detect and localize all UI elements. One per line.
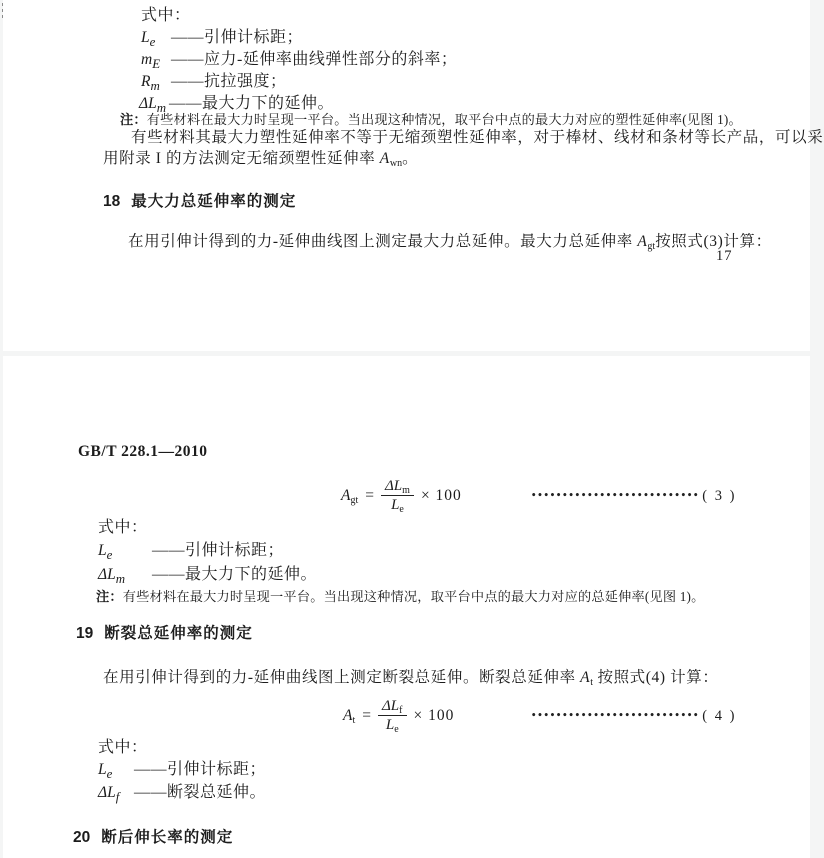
paragraph-text: 在用引伸计得到的力-延伸曲线图上测定最大力总延伸。最大力总延伸率	[128, 233, 637, 250]
section-title: 断后伸长率的测定	[101, 828, 233, 847]
symbol-definition-row: Le ——引伸计标距；	[98, 760, 266, 782]
document-header: GB/T 228.1—2010	[78, 442, 208, 461]
multiplier: × 100	[421, 486, 462, 505]
symbol-description: ——引伸计标距；	[134, 760, 266, 780]
paragraph-text: 按照式(3)计算：	[655, 233, 771, 250]
multiplier: × 100	[414, 706, 455, 725]
formula-lhs: Agt	[341, 486, 358, 505]
symbol-description: ——引伸计标距；	[152, 541, 284, 561]
symbol: Le	[141, 28, 171, 50]
section-title: 最大力总延伸率的测定	[131, 192, 296, 211]
symbol: Rm	[141, 72, 171, 94]
dot-leader: •••••••••••••••••••••••••••	[531, 491, 699, 502]
formula-intro-label: 式中：	[98, 738, 148, 758]
symbol-description: ——应力-延伸率曲线弹性部分的斜率；	[171, 50, 457, 70]
symbol-awn: Awn	[380, 150, 402, 167]
symbol-description: ——抗拉强度；	[171, 72, 287, 92]
section-heading-20: 20 断后伸长率的测定	[73, 828, 233, 847]
symbol-definition-row: mE ——应力-延伸率曲线弹性部分的斜率；	[141, 50, 457, 72]
body-paragraph-line: 有些材料其最大力塑性延伸率不等于无缩颈塑性延伸率，对于棒材、线材和条材等长产品，…	[131, 128, 823, 147]
symbol-description: ——引伸计标距；	[171, 28, 303, 48]
section-number: 18	[103, 192, 120, 211]
fraction-numerator: ΔLm	[381, 478, 414, 496]
note-label: 注：	[120, 112, 147, 127]
section-title: 断裂总延伸率的测定	[104, 624, 253, 643]
equals-sign: =	[365, 486, 374, 505]
symbol-agt: Agt	[637, 233, 655, 250]
note-paragraph: 注：有些材料在最大力时呈现一平台。当出现这种情况，取平台中点的最大力对应的总延伸…	[96, 589, 705, 606]
section-heading-18: 18 最大力总延伸率的测定	[103, 192, 296, 211]
section-number: 20	[73, 828, 90, 847]
note-paragraph: 注：有些材料在最大力时呈现一平台。当出现这种情况，取平台中点的最大力对应的塑性延…	[120, 112, 742, 129]
symbol: Le	[98, 760, 134, 782]
symbol-description: ——断裂总延伸。	[134, 783, 266, 803]
symbol-definition-row: ΔLf ——断裂总延伸。	[98, 783, 266, 805]
symbol-description: ——最大力下的延伸。	[152, 565, 317, 585]
fraction: ΔLm Le	[381, 478, 414, 513]
symbol-definition-row: Le ——引伸计标距；	[141, 28, 303, 50]
note-label: 注：	[96, 589, 123, 604]
paragraph-text: 在用引伸计得到的力-延伸曲线图上测定断裂总延伸。断裂总延伸率	[103, 669, 580, 686]
page-18: GB/T 228.1—2010 Agt = ΔLm Le × 100 •••••…	[3, 356, 810, 858]
paragraph-text: 按照式(4) 计算：	[593, 669, 718, 686]
equals-sign: =	[362, 706, 371, 725]
symbol-description: ——最大力下的延伸。	[169, 94, 334, 114]
body-paragraph-line: 在用引伸计得到的力-延伸曲线图上测定断裂总延伸。断裂总延伸率 At 按照式(4)…	[103, 668, 718, 687]
formula-3-leader: ••••••••••••••••••••••••••• ( 3 )	[531, 487, 736, 505]
formula-intro-label: 式中：	[98, 518, 148, 538]
dot-leader: •••••••••••••••••••••••••••	[531, 711, 699, 722]
formula-intro-label: 式中：	[141, 6, 191, 26]
formula-number-label: ( 4 )	[702, 707, 736, 725]
formula-4: At = ΔLf Le × 100	[343, 698, 454, 733]
formula-number-label: ( 3 )	[702, 487, 736, 505]
symbol-definition-row: Rm ——抗拉强度；	[141, 72, 287, 94]
section-heading-19: 19 断裂总延伸率的测定	[76, 624, 253, 643]
formula-3: Agt = ΔLm Le × 100	[341, 478, 462, 513]
body-paragraph-line: 用附录 I 的方法测定无缩颈塑性延伸率 Awn。	[103, 149, 418, 168]
symbol-at: At	[580, 669, 593, 686]
paragraph-text: 用附录 I 的方法测定无缩颈塑性延伸率	[103, 150, 380, 167]
fraction: ΔLf Le	[378, 698, 407, 733]
formula-lhs: At	[343, 706, 355, 725]
page-number: 17	[716, 247, 733, 265]
fraction-numerator: ΔLf	[378, 698, 407, 716]
formula-4-leader: ••••••••••••••••••••••••••• ( 4 )	[531, 707, 736, 725]
body-paragraph-line: 在用引伸计得到的力-延伸曲线图上测定最大力总延伸。最大力总延伸率 Agt按照式(…	[128, 232, 772, 251]
note-text: 有些材料在最大力时呈现一平台。当出现这种情况，取平台中点的最大力对应的塑性延伸率…	[147, 112, 742, 127]
document-viewer: 式中： Le ——引伸计标距； mE ——应力-延伸率曲线弹性部分的斜率； Rm…	[0, 0, 824, 858]
symbol: ΔLm	[98, 565, 152, 587]
page-17: 式中： Le ——引伸计标距； mE ——应力-延伸率曲线弹性部分的斜率； Rm…	[3, 0, 810, 351]
fraction-denominator: Le	[391, 496, 404, 513]
paragraph-text: 。	[402, 150, 418, 167]
section-number: 19	[76, 624, 93, 643]
symbol-definition-row: Le ——引伸计标距；	[98, 541, 284, 563]
symbol-definition-row: ΔLm ——最大力下的延伸。	[98, 565, 317, 587]
symbol: mE	[141, 50, 171, 72]
fraction-denominator: Le	[386, 716, 399, 733]
note-text: 有些材料在最大力时呈现一平台。当出现这种情况，取平台中点的最大力对应的总延伸率(…	[123, 589, 705, 604]
symbol: Le	[98, 541, 152, 563]
symbol: ΔLf	[98, 783, 134, 805]
